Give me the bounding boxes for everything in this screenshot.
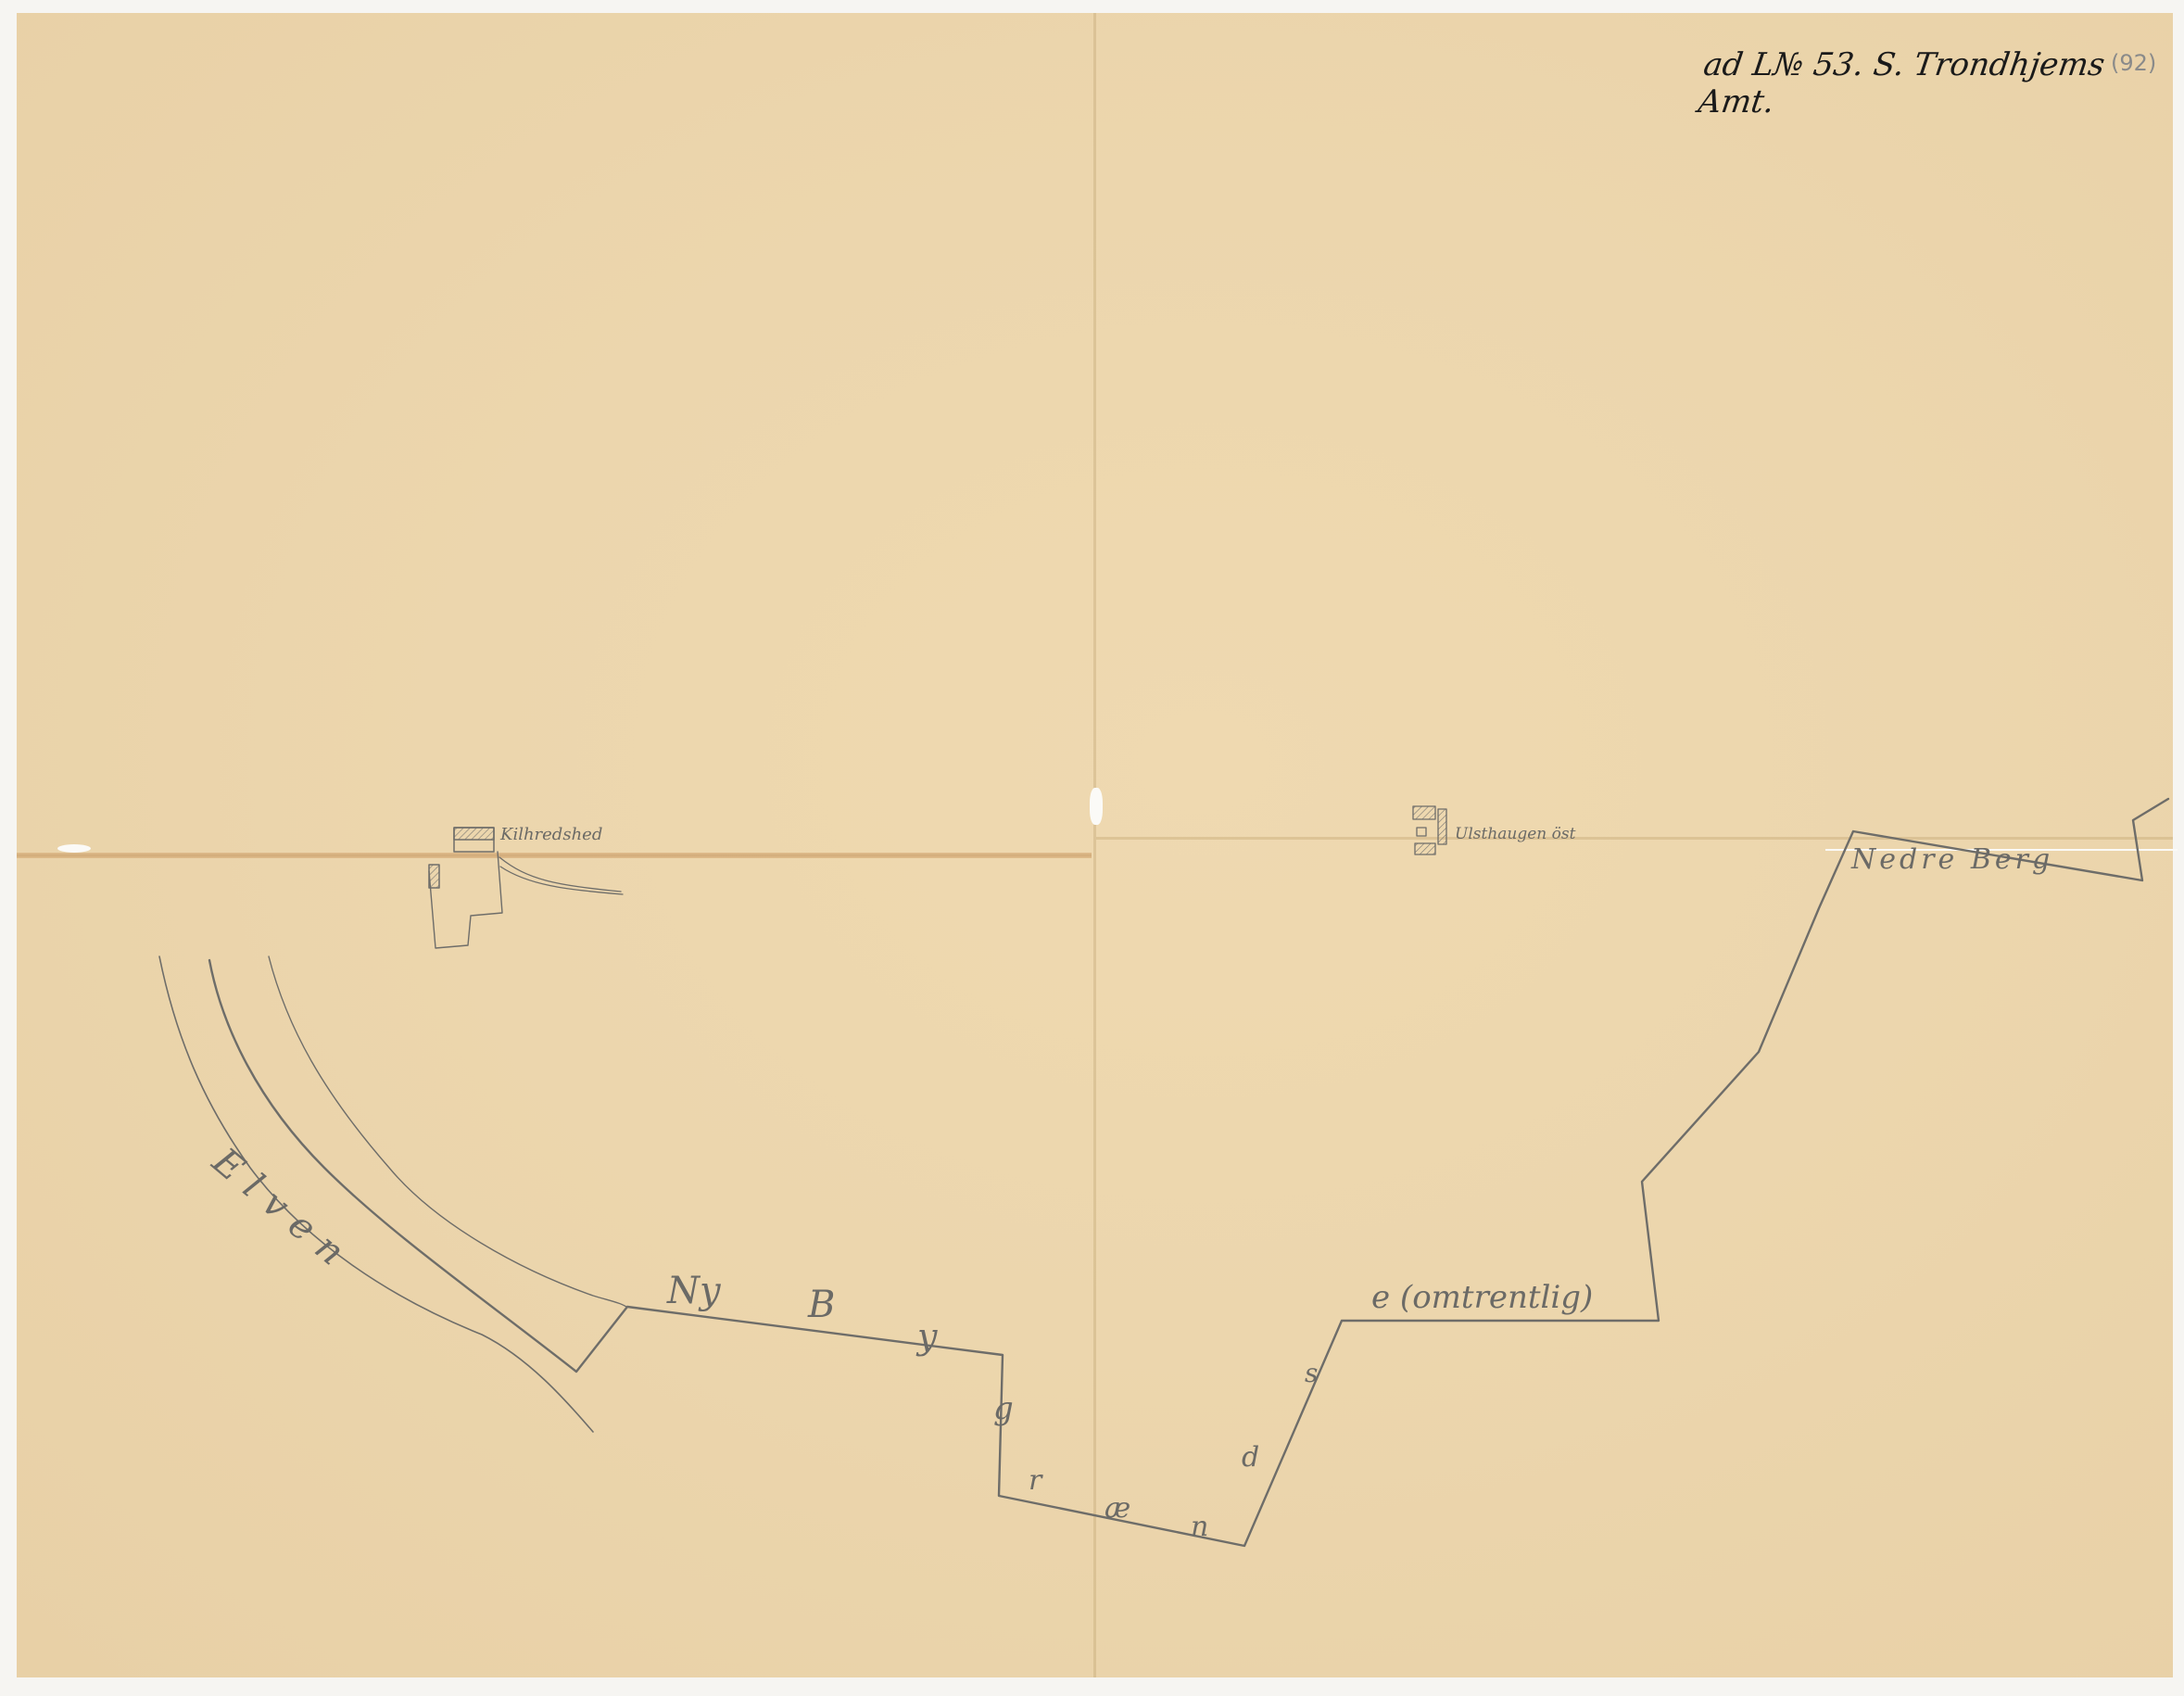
label-boundary-y: y: [917, 1316, 937, 1357]
east-farm-building-2: [1438, 809, 1446, 844]
east-farm-building-3: [1417, 828, 1426, 836]
label-boundary-b: B: [808, 1284, 835, 1326]
east-farm-building-1: [1413, 806, 1435, 819]
page-number: (92): [2111, 50, 2156, 76]
label-boundary-n: n: [1191, 1511, 1208, 1543]
boundary-line: [209, 799, 2168, 1546]
farm-plot-outline: [429, 852, 502, 948]
label-boundary-d: d: [1242, 1441, 1259, 1474]
label-boundary-r: r: [1029, 1464, 1042, 1497]
river-bank-outer: [159, 956, 593, 1432]
label-boundary-ny: Ny: [667, 1270, 721, 1312]
label-farm-east: Ulsthaugen öst: [1455, 825, 1575, 843]
road-west: [499, 857, 623, 894]
label-boundary-g: g: [993, 1390, 1014, 1427]
label-boundary-approx: e (omtrentlig): [1371, 1279, 1593, 1316]
label-boundary-s: s: [1305, 1358, 1318, 1388]
label-neighbor-nedre-berg: Nedre Berg: [1851, 843, 2053, 876]
label-farm-west: Kilhredshed: [500, 825, 602, 844]
label-boundary-ae: æ: [1105, 1492, 1130, 1525]
east-farm-building-4: [1415, 843, 1435, 854]
